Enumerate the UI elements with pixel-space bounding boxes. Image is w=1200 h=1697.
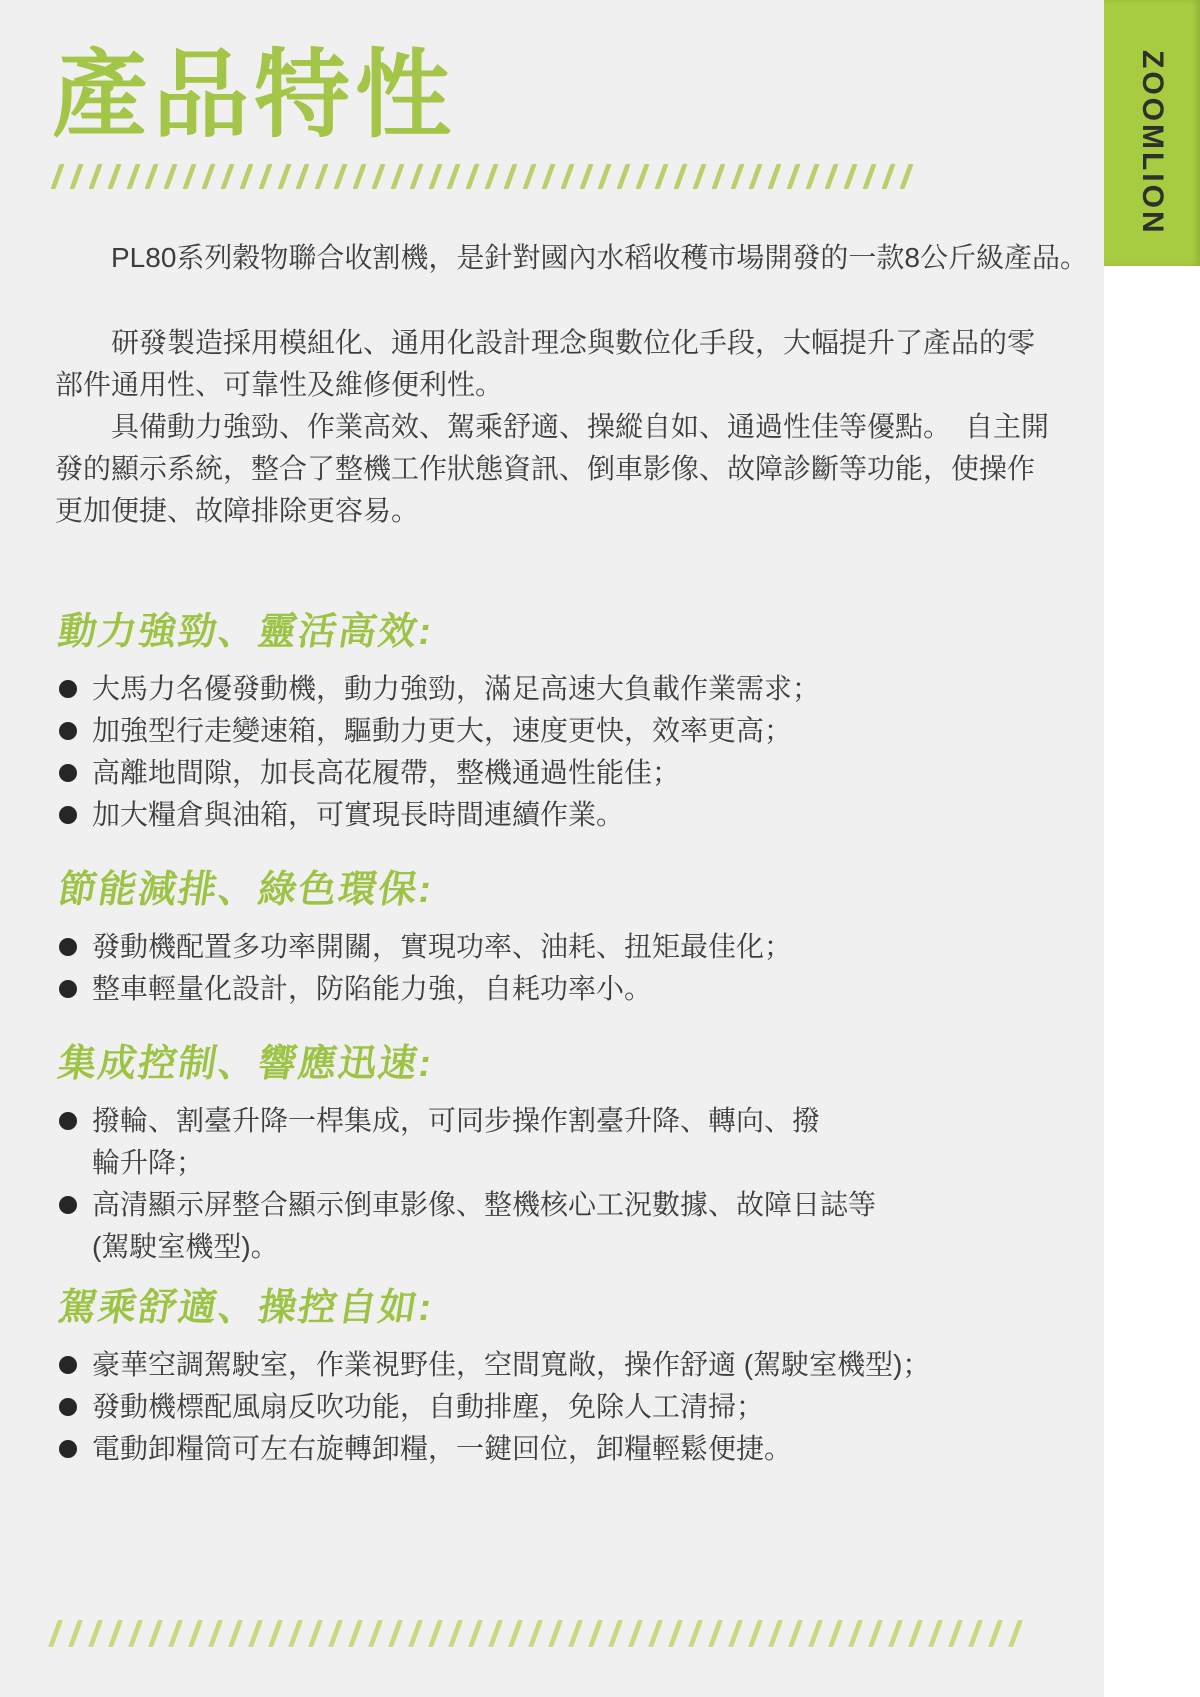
- dash-mark: [466, 164, 480, 189]
- dash-mark: [308, 1620, 323, 1647]
- dash-mark: [636, 164, 650, 189]
- dash-mark: [428, 164, 442, 189]
- dash-mark: [390, 164, 404, 189]
- dash-mark: [288, 1620, 303, 1647]
- list-item: 加強型行走變速箱，驅動力更大，速度更快，效率更高；: [55, 710, 1060, 752]
- list-item-text: 電動卸糧筒可左右旋轉卸糧，一鍵回位，卸糧輕鬆便捷。: [92, 1428, 792, 1470]
- dash-mark: [248, 1620, 263, 1647]
- feature-list: 豪華空調駕駛室，作業視野佳，空間寬敞，操作舒適 (駕駛室機型)； 發動機標配風扇…: [55, 1344, 1060, 1470]
- feature-list: 撥輪、割臺升降一桿集成，可同步操作割臺升降、轉向、撥 輪升降； 高清顯示屏整合顯…: [55, 1100, 1060, 1268]
- dash-mark: [988, 1620, 1003, 1647]
- list-item-text: 加大糧倉與油箱，可實現長時間連續作業。: [92, 794, 624, 836]
- bullet-icon: [59, 1398, 77, 1416]
- dash-mark: [188, 1620, 203, 1647]
- dash-mark: [368, 1620, 383, 1647]
- bullet-icon: [59, 1196, 77, 1214]
- dash-mark: [608, 1620, 623, 1647]
- list-item-text: 高離地間隙，加長高花履帶，整機通過性能佳；: [92, 752, 680, 794]
- bullet-icon: [59, 938, 77, 956]
- dash-mark: [348, 1620, 363, 1647]
- feature-section-eco: 節能減排、綠色環保: 發動機配置多功率開關，實現功率、油耗、扭矩最佳化； 整車輕…: [55, 868, 1060, 1010]
- dash-mark: [488, 1620, 503, 1647]
- footer-dashes: [53, 1620, 1018, 1647]
- dash-mark: [201, 164, 215, 189]
- dash-mark: [228, 1620, 243, 1647]
- intro-paragraph-3: 具備動力強勁、作業高效、駕乘舒適、操縱自如、通過性佳等優點。 自主開 發的顯示系…: [55, 406, 1100, 532]
- list-item-text: 大馬力名優發動機，動力強勁，滿足高速大負載作業需求；: [92, 668, 820, 710]
- dash-mark: [334, 164, 348, 189]
- intro-paragraph-1: PL80系列穀物聯合收割機，是針對國內水稻收穫市場開發的一款8公斤級產品。: [55, 240, 1100, 276]
- list-item: 發動機配置多功率開關，實現功率、油耗、扭矩最佳化；: [55, 926, 1060, 968]
- dash-mark: [508, 1620, 523, 1647]
- dash-mark: [371, 164, 385, 189]
- dash-mark: [408, 1620, 423, 1647]
- list-item: 高清顯示屏整合顯示倒車影像、整機核心工況數據、故障日誌等 (駕駛室機型)。: [55, 1184, 1060, 1268]
- list-item-text: 發動機配置多功率開關，實現功率、油耗、扭矩最佳化；: [92, 926, 792, 968]
- page-title: 產品特性: [52, 46, 456, 147]
- dash-mark: [688, 1620, 703, 1647]
- list-item-text: 加強型行走變速箱，驅動力更大，速度更快，效率更高；: [92, 710, 792, 752]
- dash-mark: [579, 164, 593, 189]
- dash-mark: [88, 1620, 103, 1647]
- section-heading: 節能減排、綠色環保:: [55, 868, 1067, 912]
- dash-mark: [824, 164, 838, 189]
- feature-list: 大馬力名優發動機，動力強勁，滿足高速大負載作業需求； 加強型行走變速箱，驅動力更…: [55, 668, 1060, 836]
- list-item-text: 發動機標配風扇反吹功能，自動排塵，免除人工清掃；: [92, 1386, 764, 1428]
- dash-mark: [848, 1620, 863, 1647]
- list-item: 大馬力名優發動機，動力強勁，滿足高速大負載作業需求；: [55, 668, 1060, 710]
- bullet-icon: [59, 1356, 77, 1374]
- dash-mark: [107, 164, 121, 189]
- dash-mark: [428, 1620, 443, 1647]
- list-item-text: 撥輪、割臺升降一桿集成，可同步操作割臺升降、轉向、撥 輪升降；: [92, 1100, 820, 1184]
- dash-mark: [708, 1620, 723, 1647]
- dash-mark: [148, 1620, 163, 1647]
- dash-mark: [648, 1620, 663, 1647]
- list-item-text: 豪華空調駕駛室，作業視野佳，空間寬敞，操作舒適 (駕駛室機型)；: [92, 1344, 930, 1386]
- dash-mark: [220, 164, 234, 189]
- section-heading: 集成控制、響應迅速:: [55, 1042, 1067, 1086]
- dash-mark: [748, 1620, 763, 1647]
- bullet-icon: [59, 1112, 77, 1130]
- brand-banner: ZOOMLION: [1104, 0, 1200, 266]
- bullet-icon: [59, 980, 77, 998]
- dash-mark: [749, 164, 763, 189]
- dash-mark: [711, 164, 725, 189]
- dash-mark: [968, 1620, 983, 1647]
- dash-mark: [728, 1620, 743, 1647]
- dash-mark: [888, 1620, 903, 1647]
- dash-mark: [668, 1620, 683, 1647]
- list-item: 電動卸糧筒可左右旋轉卸糧，一鍵回位，卸糧輕鬆便捷。: [55, 1428, 1060, 1470]
- list-item-text: 高清顯示屏整合顯示倒車影像、整機核心工況數據、故障日誌等 (駕駛室機型)。: [92, 1184, 876, 1268]
- dash-mark: [730, 164, 744, 189]
- dash-mark: [239, 164, 253, 189]
- dash-mark: [503, 164, 517, 189]
- dash-mark: [843, 164, 857, 189]
- dash-mark: [126, 164, 140, 189]
- dash-mark: [277, 164, 291, 189]
- dash-mark: [560, 164, 574, 189]
- dash-mark: [808, 1620, 823, 1647]
- dash-mark: [296, 164, 310, 189]
- dash-mark: [788, 1620, 803, 1647]
- dash-mark: [868, 1620, 883, 1647]
- dash-mark: [258, 164, 272, 189]
- dash-mark: [928, 1620, 943, 1647]
- feature-section-power: 動力強勁、靈活高效: 大馬力名優發動機，動力強勁，滿足高速大負載作業需求； 加強…: [55, 610, 1060, 836]
- section-heading: 駕乘舒適、操控自如:: [55, 1286, 1067, 1330]
- bullet-icon: [59, 1440, 77, 1458]
- dash-mark: [352, 164, 366, 189]
- title-underline-dashes: [55, 164, 910, 189]
- dash-mark: [183, 164, 197, 189]
- section-heading: 動力強勁、靈活高效:: [55, 610, 1067, 654]
- dash-mark: [145, 164, 159, 189]
- feature-section-control: 集成控制、響應迅速: 撥輪、割臺升降一桿集成，可同步操作割臺升降、轉向、撥 輪升…: [55, 1042, 1060, 1268]
- dash-mark: [908, 1620, 923, 1647]
- dash-mark: [448, 1620, 463, 1647]
- list-item: 高離地間隙，加長高花履帶，整機通過性能佳；: [55, 752, 1060, 794]
- dash-mark: [692, 164, 706, 189]
- dash-mark: [617, 164, 631, 189]
- dash-mark: [447, 164, 461, 189]
- dash-mark: [548, 1620, 563, 1647]
- list-item: 撥輪、割臺升降一桿集成，可同步操作割臺升降、轉向、撥 輪升降；: [55, 1100, 1060, 1184]
- dash-mark: [522, 164, 536, 189]
- bullet-icon: [59, 722, 77, 740]
- bullet-icon: [59, 806, 77, 824]
- list-item: 發動機標配風扇反吹功能，自動排塵，免除人工清掃；: [55, 1386, 1060, 1428]
- feature-section-comfort: 駕乘舒適、操控自如: 豪華空調駕駛室，作業視野佳，空間寬敞，操作舒適 (駕駛室機…: [55, 1286, 1060, 1470]
- dash-mark: [315, 164, 329, 189]
- dash-mark: [541, 164, 555, 189]
- dash-mark: [128, 1620, 143, 1647]
- dash-mark: [208, 1620, 223, 1647]
- dash-mark: [598, 164, 612, 189]
- dash-mark: [69, 164, 83, 189]
- dash-mark: [168, 1620, 183, 1647]
- dash-mark: [268, 1620, 283, 1647]
- list-item: 加大糧倉與油箱，可實現長時間連續作業。: [55, 794, 1060, 836]
- dash-mark: [588, 1620, 603, 1647]
- feature-list: 發動機配置多功率開關，實現功率、油耗、扭矩最佳化； 整車輕量化設計，防陷能力強，…: [55, 926, 1060, 1010]
- intro-paragraph-2: 研發製造採用模組化、通用化設計理念與數位化手段，大幅提升了產品的零 部件通用性、…: [55, 322, 1100, 406]
- dash-mark: [805, 164, 819, 189]
- dash-mark: [328, 1620, 343, 1647]
- dash-mark: [568, 1620, 583, 1647]
- intro-text: PL80系列穀物聯合收割機，是針對國內水稻收穫市場開發的一款8公斤級產品。 研發…: [55, 240, 1100, 532]
- dash-mark: [164, 164, 178, 189]
- dash-mark: [881, 164, 895, 189]
- dash-mark: [68, 1620, 83, 1647]
- dash-mark: [409, 164, 423, 189]
- dash-mark: [88, 164, 102, 189]
- bullet-icon: [59, 680, 77, 698]
- brand-logo-text: ZOOMLION: [1135, 50, 1169, 236]
- dash-mark: [828, 1620, 843, 1647]
- dash-mark: [768, 1620, 783, 1647]
- dash-mark: [862, 164, 876, 189]
- dash-mark: [108, 1620, 123, 1647]
- dash-mark: [628, 1620, 643, 1647]
- dash-mark: [468, 1620, 483, 1647]
- list-item-text: 整車輕量化設計，防陷能力強，自耗功率小。: [92, 968, 652, 1010]
- list-item: 整車輕量化設計，防陷能力強，自耗功率小。: [55, 968, 1060, 1010]
- dash-mark: [768, 164, 782, 189]
- dash-mark: [948, 1620, 963, 1647]
- list-item: 豪華空調駕駛室，作業視野佳，空間寬敞，操作舒適 (駕駛室機型)；: [55, 1344, 1060, 1386]
- dash-mark: [528, 1620, 543, 1647]
- dash-mark: [654, 164, 668, 189]
- dash-mark: [787, 164, 801, 189]
- dash-mark: [485, 164, 499, 189]
- bullet-icon: [59, 764, 77, 782]
- dash-mark: [673, 164, 687, 189]
- brochure-page: ZOOMLION 產品特性 PL80系列穀物聯合收割機，是針對國內水稻收穫市場開…: [0, 0, 1200, 1697]
- dash-mark: [388, 1620, 403, 1647]
